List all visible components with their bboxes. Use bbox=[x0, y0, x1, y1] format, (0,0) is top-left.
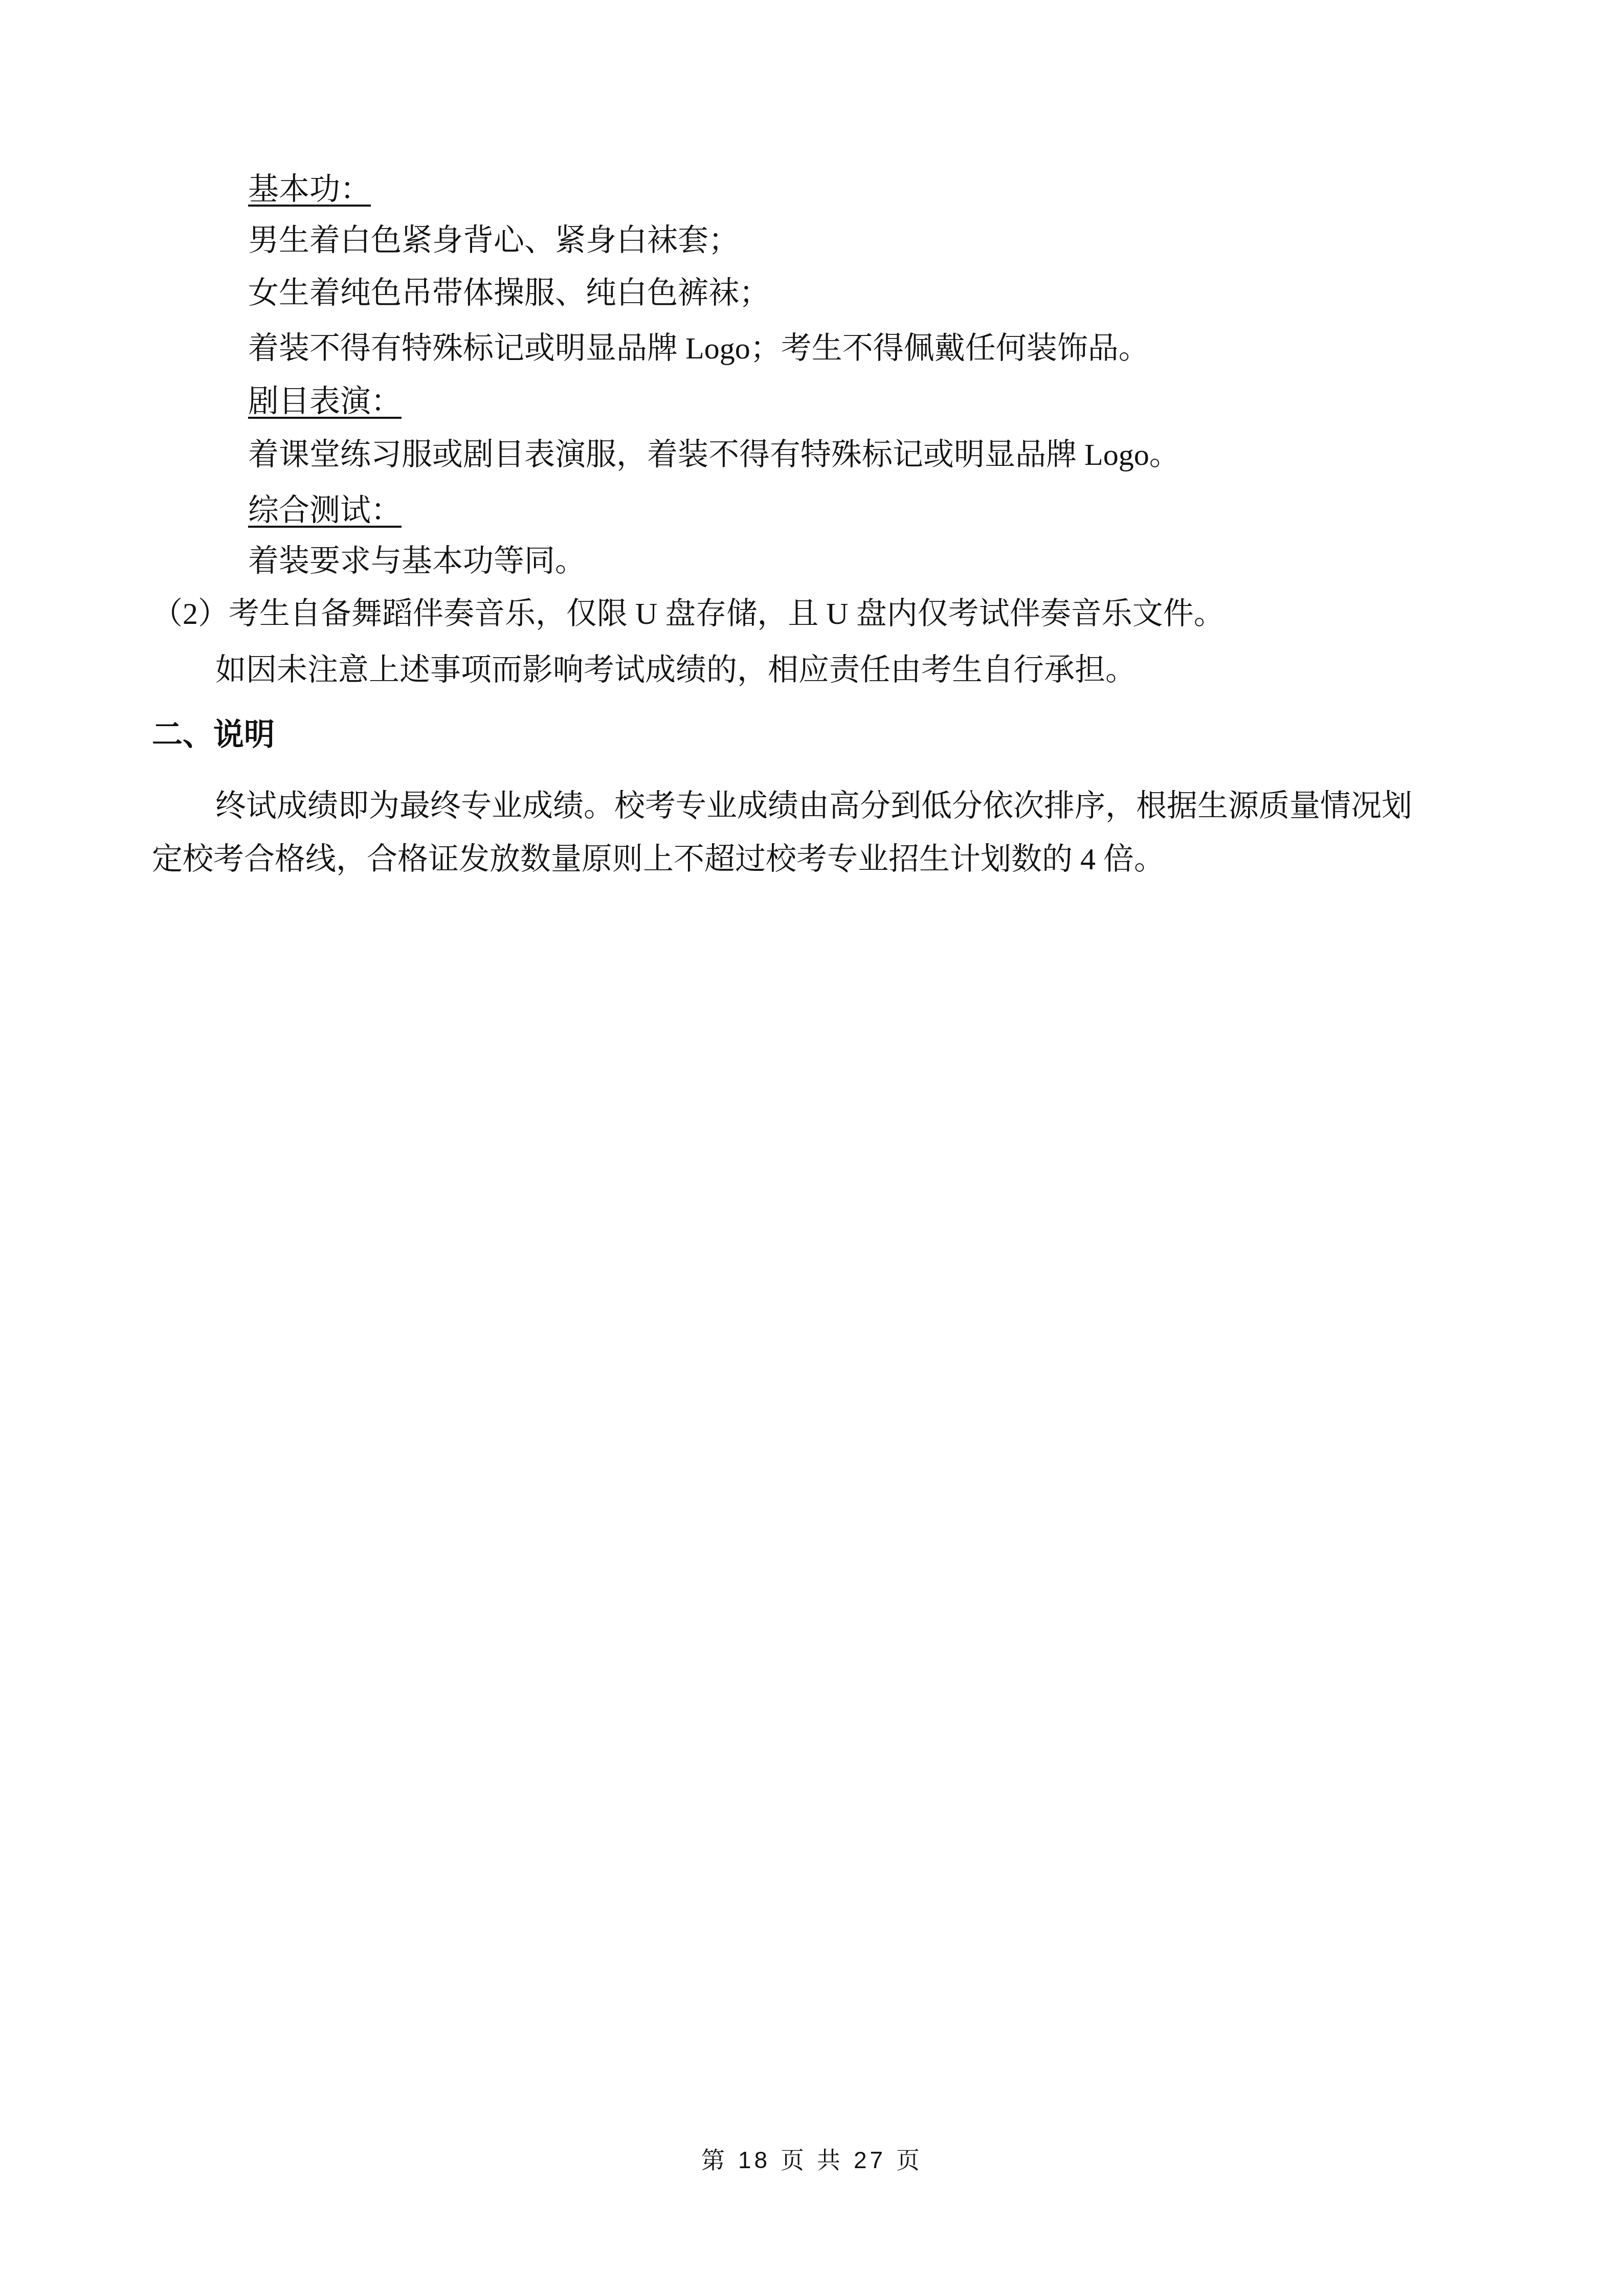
section-2-paragraph-line-2: 定校考合格线，合格证发放数量原则上不超过校考专业招生计划数的 4 倍。 bbox=[152, 839, 1165, 880]
comprehensive-label: 综合测试： bbox=[248, 490, 402, 531]
basic-skills-label: 基本功： bbox=[248, 169, 371, 210]
footer-prefix: 第 bbox=[701, 2147, 728, 2173]
no-logo-line: 着装不得有特殊标记或明显品牌 Logo；考生不得佩戴任何装饰品。 bbox=[248, 328, 1149, 369]
male-attire-line: 男生着白色紧身背心、紧身白袜套； bbox=[248, 220, 739, 261]
current-page-number: 18 bbox=[738, 2147, 770, 2173]
footer-middle: 页 共 bbox=[781, 2147, 843, 2173]
item-2-music: （2）考生自备舞蹈伴奏音乐，仅限 U 盘存储，且 U 盘内仅考试伴奏音乐文件。 bbox=[152, 593, 1225, 634]
female-attire-line: 女生着纯色吊带体操服、纯白色裤袜； bbox=[248, 273, 770, 313]
section-2-heading: 二、说明 bbox=[152, 714, 275, 755]
page-footer: 第18页 共27页 bbox=[0, 2142, 1624, 2175]
total-pages-number: 27 bbox=[854, 2147, 886, 2173]
repertoire-label: 剧目表演： bbox=[248, 381, 402, 422]
repertoire-attire-line: 着课堂练习服或剧目表演服，着装不得有特殊标记或明显品牌 Logo。 bbox=[248, 434, 1180, 475]
section-2-paragraph-line-1: 终试成绩即为最终专业成绩。校考专业成绩由高分到低分依次排序，根据生源质量情况划 bbox=[215, 785, 1412, 826]
comprehensive-attire-line: 着装要求与基本功等同。 bbox=[248, 541, 586, 581]
footer-suffix: 页 bbox=[896, 2147, 923, 2173]
responsibility-note: 如因未注意上述事项而影响考试成绩的，相应责任由考生自行承担。 bbox=[215, 649, 1136, 690]
